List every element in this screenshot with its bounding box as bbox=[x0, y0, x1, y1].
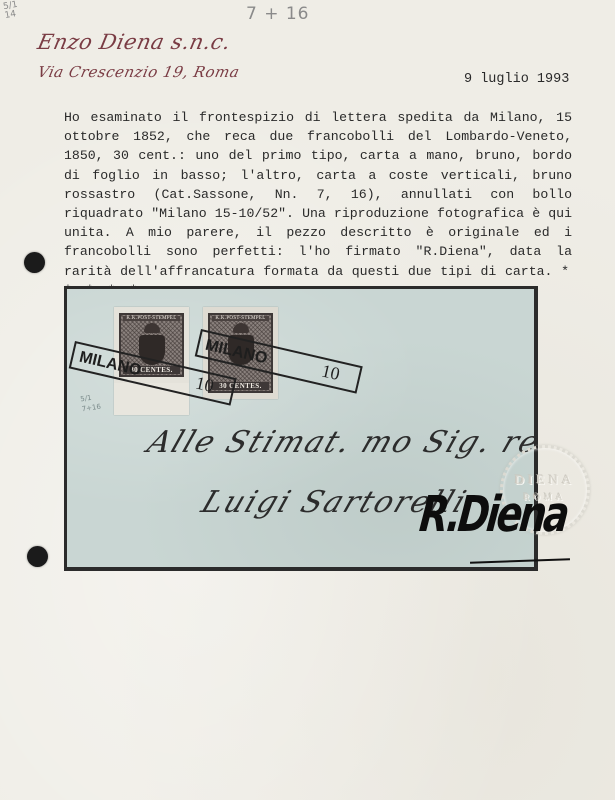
handwritten-address-line: Alle Stimat. mo Sig. re Egl. Sig. bbox=[143, 425, 538, 460]
pencil-note-corner: 5/1 14 bbox=[3, 1, 20, 21]
pencil-note-catalog-numbers: 7 + 16 bbox=[246, 4, 310, 24]
certificate-body: Ho esaminato il frontespizio di lettera … bbox=[64, 108, 572, 300]
letterhead-company: Enzo Diena s.n.c. bbox=[35, 30, 233, 54]
punch-hole-bottom bbox=[27, 546, 48, 567]
postmark-date: 10 bbox=[194, 373, 216, 397]
punch-hole-top bbox=[24, 252, 45, 273]
pencil-note-photo: 5/1 7+16 bbox=[80, 392, 102, 414]
stamp-top-label: K.K.POST-STEMPEL bbox=[212, 316, 269, 321]
stamp-top-label: K.K.POST-STEMPEL bbox=[123, 316, 180, 321]
expert-signature: R.Diena bbox=[417, 485, 569, 542]
certificate-text: Ho esaminato il frontespizio di lettera … bbox=[64, 110, 572, 279]
crown-icon bbox=[233, 323, 249, 333]
postmark-date: 10 bbox=[320, 361, 342, 385]
letterhead-address: Via Crescenzio 19, Roma bbox=[36, 63, 241, 81]
crown-icon bbox=[144, 323, 160, 333]
certificate-date: 9 luglio 1993 bbox=[464, 72, 569, 87]
